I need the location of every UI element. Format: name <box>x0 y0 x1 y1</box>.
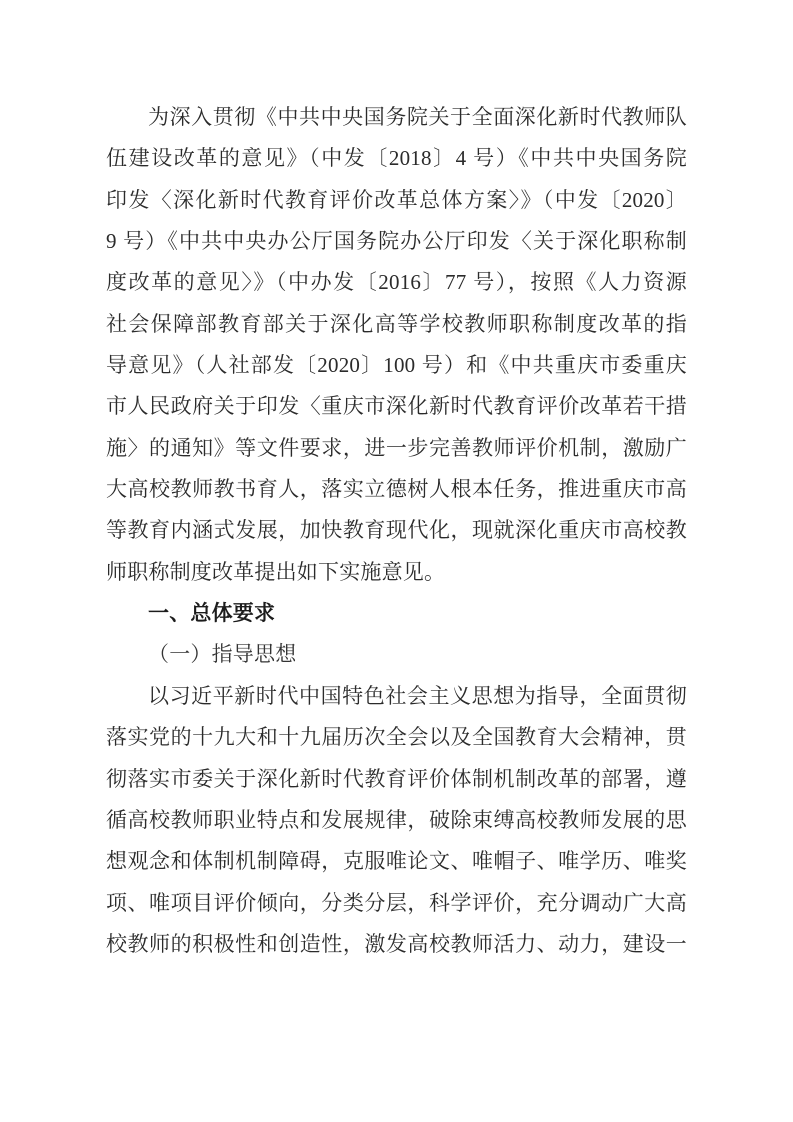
paragraph-line: 印发〈深化新时代教育评价改革总体方案〉》（中发〔2020〕 <box>106 180 687 221</box>
paragraph-line: 校教师的积极性和创造性，激发高校教师活力、动力，建设一 <box>106 924 687 965</box>
paragraph-line: 以习近平新时代中国特色社会主义思想为指导，全面贯彻 <box>106 676 687 717</box>
document-page: 为深入贯彻《中共中央国务院关于全面深化新时代教师队 伍建设改革的意见》（中发〔2… <box>0 0 793 1122</box>
paragraph-line: 项、唯项目评价倾向，分类分层，科学评价，充分调动广大高 <box>106 883 687 924</box>
paragraph-line: 师职称制度改革提出如下实施意见。 <box>106 552 687 593</box>
paragraph-line: 伍建设改革的意见》（中发〔2018〕4 号）《中共中央国务院 <box>106 138 687 179</box>
paragraph-line: 彻落实市委关于深化新时代教育评价体制机制改革的部署，遵 <box>106 759 687 800</box>
section-heading: 一、总体要求 <box>106 593 687 634</box>
document-body: 为深入贯彻《中共中央国务院关于全面深化新时代教师队 伍建设改革的意见》（中发〔2… <box>106 97 687 965</box>
paragraph-line: 市人民政府关于印发〈重庆市深化新时代教育评价改革若干措 <box>106 386 687 427</box>
paragraph-line: 想观念和体制机制障碍，克服唯论文、唯帽子、唯学历、唯奖 <box>106 841 687 882</box>
paragraph-line: 度改革的意见〉》（中办发〔2016〕77 号），按照《人力资源 <box>106 262 687 303</box>
paragraph-line: 9 号）《中共中央办公厅国务院办公厅印发〈关于深化职称制 <box>106 221 687 262</box>
paragraph-line: 落实党的十九大和十九届历次全会以及全国教育大会精神，贯 <box>106 717 687 758</box>
paragraph-line: 为深入贯彻《中共中央国务院关于全面深化新时代教师队 <box>106 97 687 138</box>
paragraph-line: 施〉的通知》等文件要求，进一步完善教师评价机制，激励广 <box>106 428 687 469</box>
paragraph-line: 大高校教师教书育人，落实立德树人根本任务，推进重庆市高 <box>106 469 687 510</box>
subsection-heading: （一）指导思想 <box>106 634 687 675</box>
paragraph-line: 导意见》（人社部发〔2020〕100 号）和《中共重庆市委重庆 <box>106 345 687 386</box>
paragraph-line: 循高校教师职业特点和发展规律，破除束缚高校教师发展的思 <box>106 800 687 841</box>
paragraph-line: 社会保障部教育部关于深化高等学校教师职称制度改革的指 <box>106 304 687 345</box>
paragraph-line: 等教育内涵式发展，加快教育现代化，现就深化重庆市高校教 <box>106 510 687 551</box>
